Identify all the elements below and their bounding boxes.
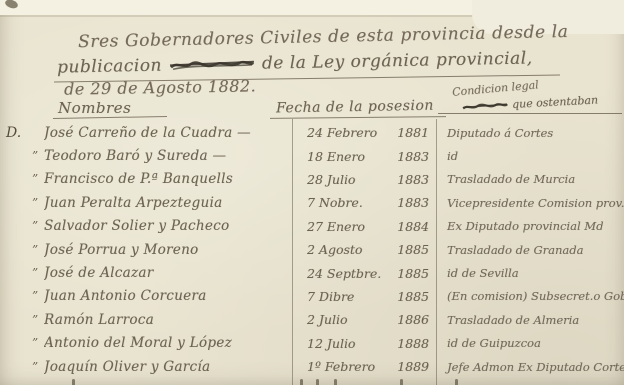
governor-name: José Carreño de la Cuadra — [44, 125, 293, 141]
row-prefix: ” [0, 313, 44, 327]
governor-name: Teodoro Baró y Sureda — [44, 148, 293, 164]
possession-date-daymonth: 7 Dibre [307, 289, 354, 304]
clipped-row-fragment [72, 379, 75, 385]
governor-name: Joaquín Oliver y García [44, 359, 293, 375]
table-row: ” José de Alcazar 24 Septbre. 1885 id de… [0, 261, 624, 284]
table-rows: D. José Carreño de la Cuadra — 24 Febrer… [0, 121, 624, 378]
possession-date-year: 1885 [397, 266, 429, 281]
document-title-line1: Sres Gobernadores Civiles de esta provin… [78, 22, 569, 52]
legal-condition: id [437, 149, 624, 163]
possession-date: 2 Agosto 1885 [293, 242, 437, 257]
row-prefix: ” [0, 219, 44, 233]
possession-date-daymonth: 18 Enero [307, 149, 365, 164]
possession-date-daymonth: 7 Nobre. [307, 195, 363, 210]
row-prefix: ” [0, 243, 44, 257]
document-title-line2: publicacion de la Ley orgánica provincia… [57, 48, 533, 77]
table-row: ” Juan Antonio Corcuera 7 Dibre 1885 (En… [0, 285, 624, 308]
possession-date-year: 1883 [397, 172, 429, 187]
clipped-row-fragment [300, 379, 303, 385]
row-prefix: ” [0, 266, 44, 280]
possession-date-year: 1886 [397, 312, 429, 327]
governor-name: Ramón Larroca [44, 312, 293, 328]
possession-date-year: 1885 [397, 242, 429, 257]
possession-date-year: 1883 [397, 195, 429, 210]
possession-date-year: 1884 [397, 219, 429, 234]
fecha-underline [270, 116, 446, 119]
possession-date: 24 Septbre. 1885 [293, 266, 437, 281]
governor-name: Juan Antonio Corcuera [44, 288, 293, 304]
possession-date: 27 Enero 1884 [293, 219, 437, 234]
table-row: ” Antonio del Moral y López 12 Julio 188… [0, 332, 624, 355]
possession-date: 2 Julio 1886 [293, 312, 437, 327]
possession-date-daymonth: 2 Julio [307, 312, 348, 327]
title-line2-text-before: publicacion [57, 56, 162, 78]
governor-name: Juan Peralta Arpezteguia [44, 195, 293, 211]
column-header-fecha: Fecha de la posesion [276, 98, 434, 117]
possession-date-daymonth: 24 Febrero [307, 125, 377, 140]
table-row: ” Teodoro Baró y Sureda — 18 Enero 1883 … [0, 144, 624, 167]
clipped-row-fragment [400, 379, 403, 385]
column-header-nombres: Nombres [58, 99, 131, 117]
row-prefix: ” [0, 196, 44, 210]
table-row: ” Juan Peralta Arpezteguia 7 Nobre. 1883… [0, 191, 624, 214]
table-row: ” Francisco de P.ª Banquells 28 Julio 18… [0, 168, 624, 191]
possession-date-year: 1889 [397, 359, 429, 374]
governor-name: Francisco de P.ª Banquells [44, 171, 293, 187]
table-row: ” Joaquín Oliver y García 1º Febrero 188… [0, 355, 624, 378]
legal-condition: Trasladado de Granada [437, 243, 624, 257]
legal-condition: Jefe Admon Ex Diputado Cortes [437, 360, 624, 374]
possession-date: 24 Febrero 1881 [293, 125, 437, 140]
manuscript-sheet: Sres Gobernadores Civiles de esta provin… [0, 0, 624, 385]
possession-date: 1º Febrero 1889 [293, 359, 437, 374]
legal-condition: Trasladado de Almeria [437, 313, 624, 327]
possession-date-year: 1883 [397, 149, 429, 164]
clipped-row-fragment [334, 379, 337, 385]
table-row: D. José Carreño de la Cuadra — 24 Febrer… [0, 121, 624, 144]
governor-name: Antonio del Moral y López [44, 335, 293, 351]
title-line2-text-after: de la Ley orgánica provincial, [262, 48, 533, 73]
annotation-line2-text: que ostentaban [512, 93, 599, 110]
document-title-line3: de 29 de Agosto 1882. [64, 76, 256, 98]
legal-condition: id de Sevilla [437, 266, 624, 280]
table-row: ” José Porrua y Moreno 2 Agosto 1885 Tra… [0, 238, 624, 261]
legal-condition: id de Guipuzcoa [437, 336, 624, 350]
possession-date-daymonth: 12 Julio [307, 336, 355, 351]
legal-condition: Diputado á Cortes [437, 126, 624, 140]
possession-date-year: 1881 [397, 125, 429, 140]
possession-date: 28 Julio 1883 [293, 172, 437, 187]
legal-condition: Ex Diputado provincial Md [437, 219, 624, 233]
row-prefix: D. [0, 125, 44, 141]
governor-name: José Porrua y Moreno [44, 242, 293, 258]
annotation-condicion-legal: Condicion legal [452, 78, 540, 99]
clipped-row-fragment [455, 379, 458, 385]
legal-condition: (En comision) Subsecret.o Gob.on [437, 289, 624, 303]
governor-name: Salvador Solier y Pacheco [44, 218, 293, 234]
row-prefix: ” [0, 336, 44, 350]
possession-date-year: 1888 [397, 336, 429, 351]
possession-date-daymonth: 1º Febrero [307, 359, 375, 374]
possession-date-daymonth: 27 Enero [307, 219, 365, 234]
row-prefix: ” [0, 149, 44, 163]
possession-date: 12 Julio 1888 [293, 336, 437, 351]
possession-date-daymonth: 2 Agosto [307, 242, 362, 257]
row-prefix: ” [0, 172, 44, 186]
row-prefix: ” [0, 360, 44, 374]
governor-name: José de Alcazar [44, 265, 293, 281]
clipped-row-fragment [316, 379, 319, 385]
legal-condition: Trasladado de Murcia [437, 172, 624, 186]
possession-date-year: 1885 [397, 289, 429, 304]
possession-date: 18 Enero 1883 [293, 149, 437, 164]
table-row: ” Ramón Larroca 2 Julio 1886 Trasladado … [0, 308, 624, 331]
possession-date-daymonth: 24 Septbre. [307, 266, 381, 281]
possession-date: 7 Dibre 1885 [293, 289, 437, 304]
possession-date: 7 Nobre. 1883 [293, 195, 437, 210]
condition-column-underline [438, 113, 622, 114]
legal-condition: Vicepresidente Comision prov.al [437, 196, 624, 210]
possession-date-daymonth: 28 Julio [307, 172, 355, 187]
annotation-que-ostentaban: que ostentaban [462, 93, 599, 113]
struck-out-word-icon [169, 57, 255, 73]
struck-out-word-2-icon [462, 100, 508, 112]
table-row: ” Salvador Solier y Pacheco 27 Enero 188… [0, 215, 624, 238]
row-prefix: ” [0, 289, 44, 303]
